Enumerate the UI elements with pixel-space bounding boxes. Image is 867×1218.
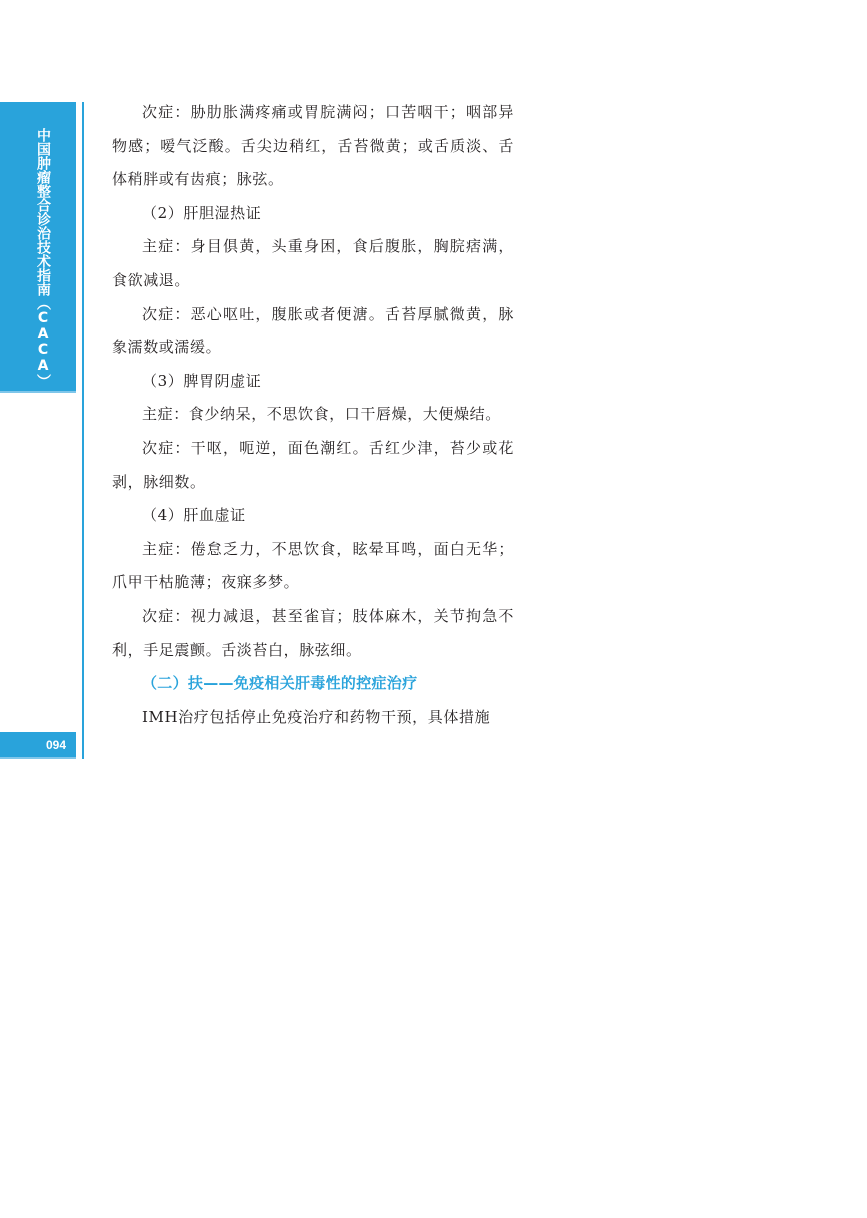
page-number: 094 <box>46 738 66 752</box>
page-number-box: 094 <box>0 732 76 759</box>
paragraph-main-symptoms-2: 主症：身目俱黄，头重身困，食后腹胀，胸脘痞满，食欲减退。 <box>112 230 514 297</box>
paragraph-secondary-symptoms-3: 次症：干呕，呃逆，面色潮红。舌红少津，苔少或花剥，脉细数。 <box>112 432 514 499</box>
paragraph-secondary-symptoms-1: 次症：胁肋胀满疼痛或胃脘满闷；口苦咽干；咽部异物感；嗳气泛酸。舌尖边稍红，舌苔微… <box>112 96 514 197</box>
subheading-liver-gallbladder-damp-heat: （2）肝胆湿热证 <box>112 197 514 231</box>
main-text: 次症：胁肋胀满疼痛或胃脘满闷；口苦咽干；咽部异物感；嗳气泛酸。舌尖边稍红，舌苔微… <box>112 96 514 734</box>
paragraph-main-symptoms-4: 主症：倦怠乏力，不思饮食，眩晕耳鸣，面白无华；爪甲干枯脆薄；夜寐多梦。 <box>112 533 514 600</box>
paragraph-secondary-symptoms-2: 次症：恶心呕吐，腹胀或者便溏。舌苔厚腻微黄，脉象濡数或濡缓。 <box>112 298 514 365</box>
paragraph-main-symptoms-3: 主症：食少纳呆，不思饮食，口干唇燥，大便燥结。 <box>112 398 514 432</box>
margin-rule <box>82 102 84 759</box>
side-tab-title: 中国肿瘤整合诊治技术指南（CACA） <box>30 128 56 388</box>
subheading-liver-blood-deficiency: （4）肝血虚证 <box>112 499 514 533</box>
section-heading-symptom-control: （二）扶——免疫相关肝毒性的控症治疗 <box>112 667 514 701</box>
paragraph-imh-treatment: IMH治疗包括停止免疫治疗和药物干预，具体措施 <box>112 701 514 735</box>
paragraph-secondary-symptoms-4: 次症：视力减退，甚至雀盲；肢体麻木，关节拘急不利，手足震颤。舌淡苔白，脉弦细。 <box>112 600 514 667</box>
subheading-spleen-stomach-yin-deficiency: （3）脾胃阴虚证 <box>112 365 514 399</box>
